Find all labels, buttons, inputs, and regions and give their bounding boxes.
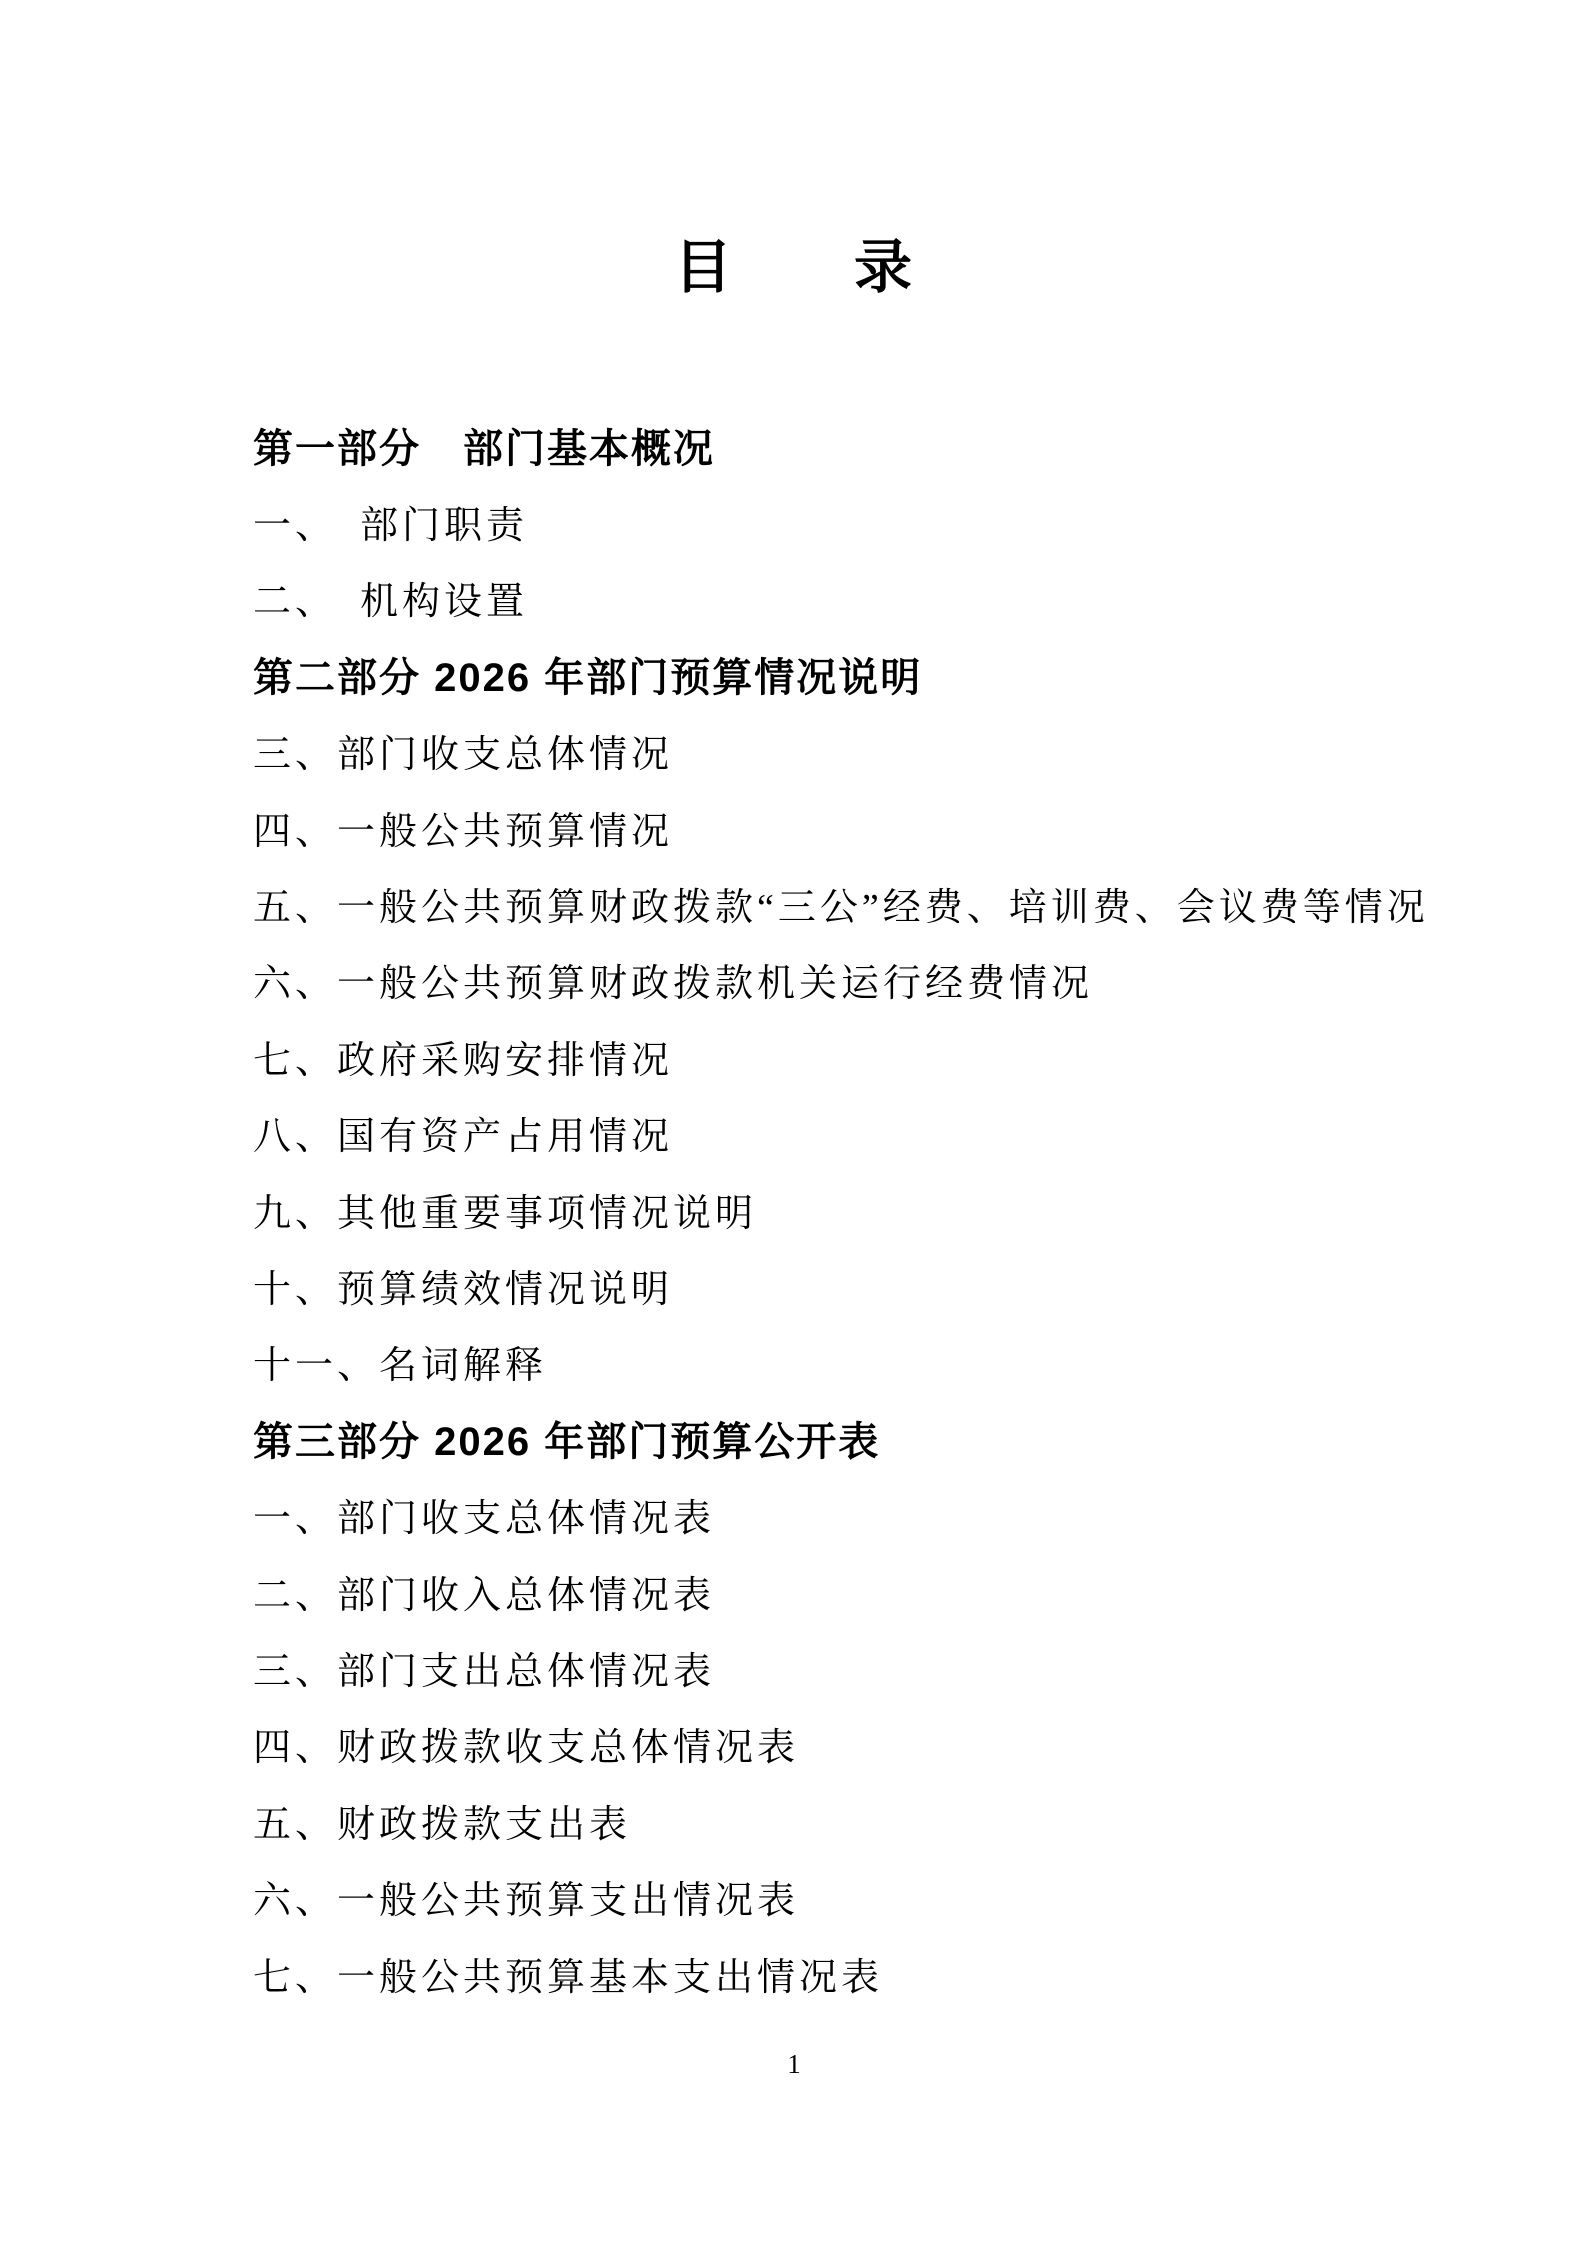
toc-entry: 五、财政拨款支出表 xyxy=(253,1782,1453,1858)
toc-entry: 五、一般公共预算财政拨款“三公”经费、培训费、会议费等情况 xyxy=(253,865,1453,941)
toc-entry: 六、一般公共预算支出情况表 xyxy=(253,1858,1453,1934)
toc-entry: 六、一般公共预算财政拨款机关运行经费情况 xyxy=(253,942,1453,1018)
toc-entry: 一、部门收支总体情况表 xyxy=(253,1476,1453,1552)
toc-entry: 十一、名词解释 xyxy=(253,1324,1453,1400)
toc-entry: 七、一般公共预算基本支出情况表 xyxy=(253,1935,1453,2011)
toc-section-heading: 第一部分 部门基本概况 xyxy=(253,407,1453,483)
toc-entry: 十、预算绩效情况说明 xyxy=(253,1247,1453,1323)
toc-entry: 三、部门支出总体情况表 xyxy=(253,1629,1453,1705)
page-title: 目 录 xyxy=(0,228,1588,308)
toc-entry: 九、其他重要事项情况说明 xyxy=(253,1171,1453,1247)
document-page: 目 录 第一部分 部门基本概况 一、 部门职责 二、 机构设置 第二部分 202… xyxy=(0,0,1588,2245)
table-of-contents: 第一部分 部门基本概况 一、 部门职责 二、 机构设置 第二部分 2026 年部… xyxy=(253,407,1453,2011)
toc-entry: 四、一般公共预算情况 xyxy=(253,789,1453,865)
toc-section-heading: 第二部分 2026 年部门预算情况说明 xyxy=(253,636,1453,712)
toc-entry: 三、部门收支总体情况 xyxy=(253,713,1453,789)
toc-entry: 七、政府采购安排情况 xyxy=(253,1018,1453,1094)
toc-entry: 四、财政拨款收支总体情况表 xyxy=(253,1706,1453,1782)
toc-entry: 二、部门收入总体情况表 xyxy=(253,1553,1453,1629)
page-number: 1 xyxy=(0,2046,1588,2082)
toc-entry: 一、 部门职责 xyxy=(253,483,1453,559)
toc-entry: 八、国有资产占用情况 xyxy=(253,1095,1453,1171)
toc-entry: 二、 机构设置 xyxy=(253,560,1453,636)
toc-section-heading: 第三部分 2026 年部门预算公开表 xyxy=(253,1400,1453,1476)
